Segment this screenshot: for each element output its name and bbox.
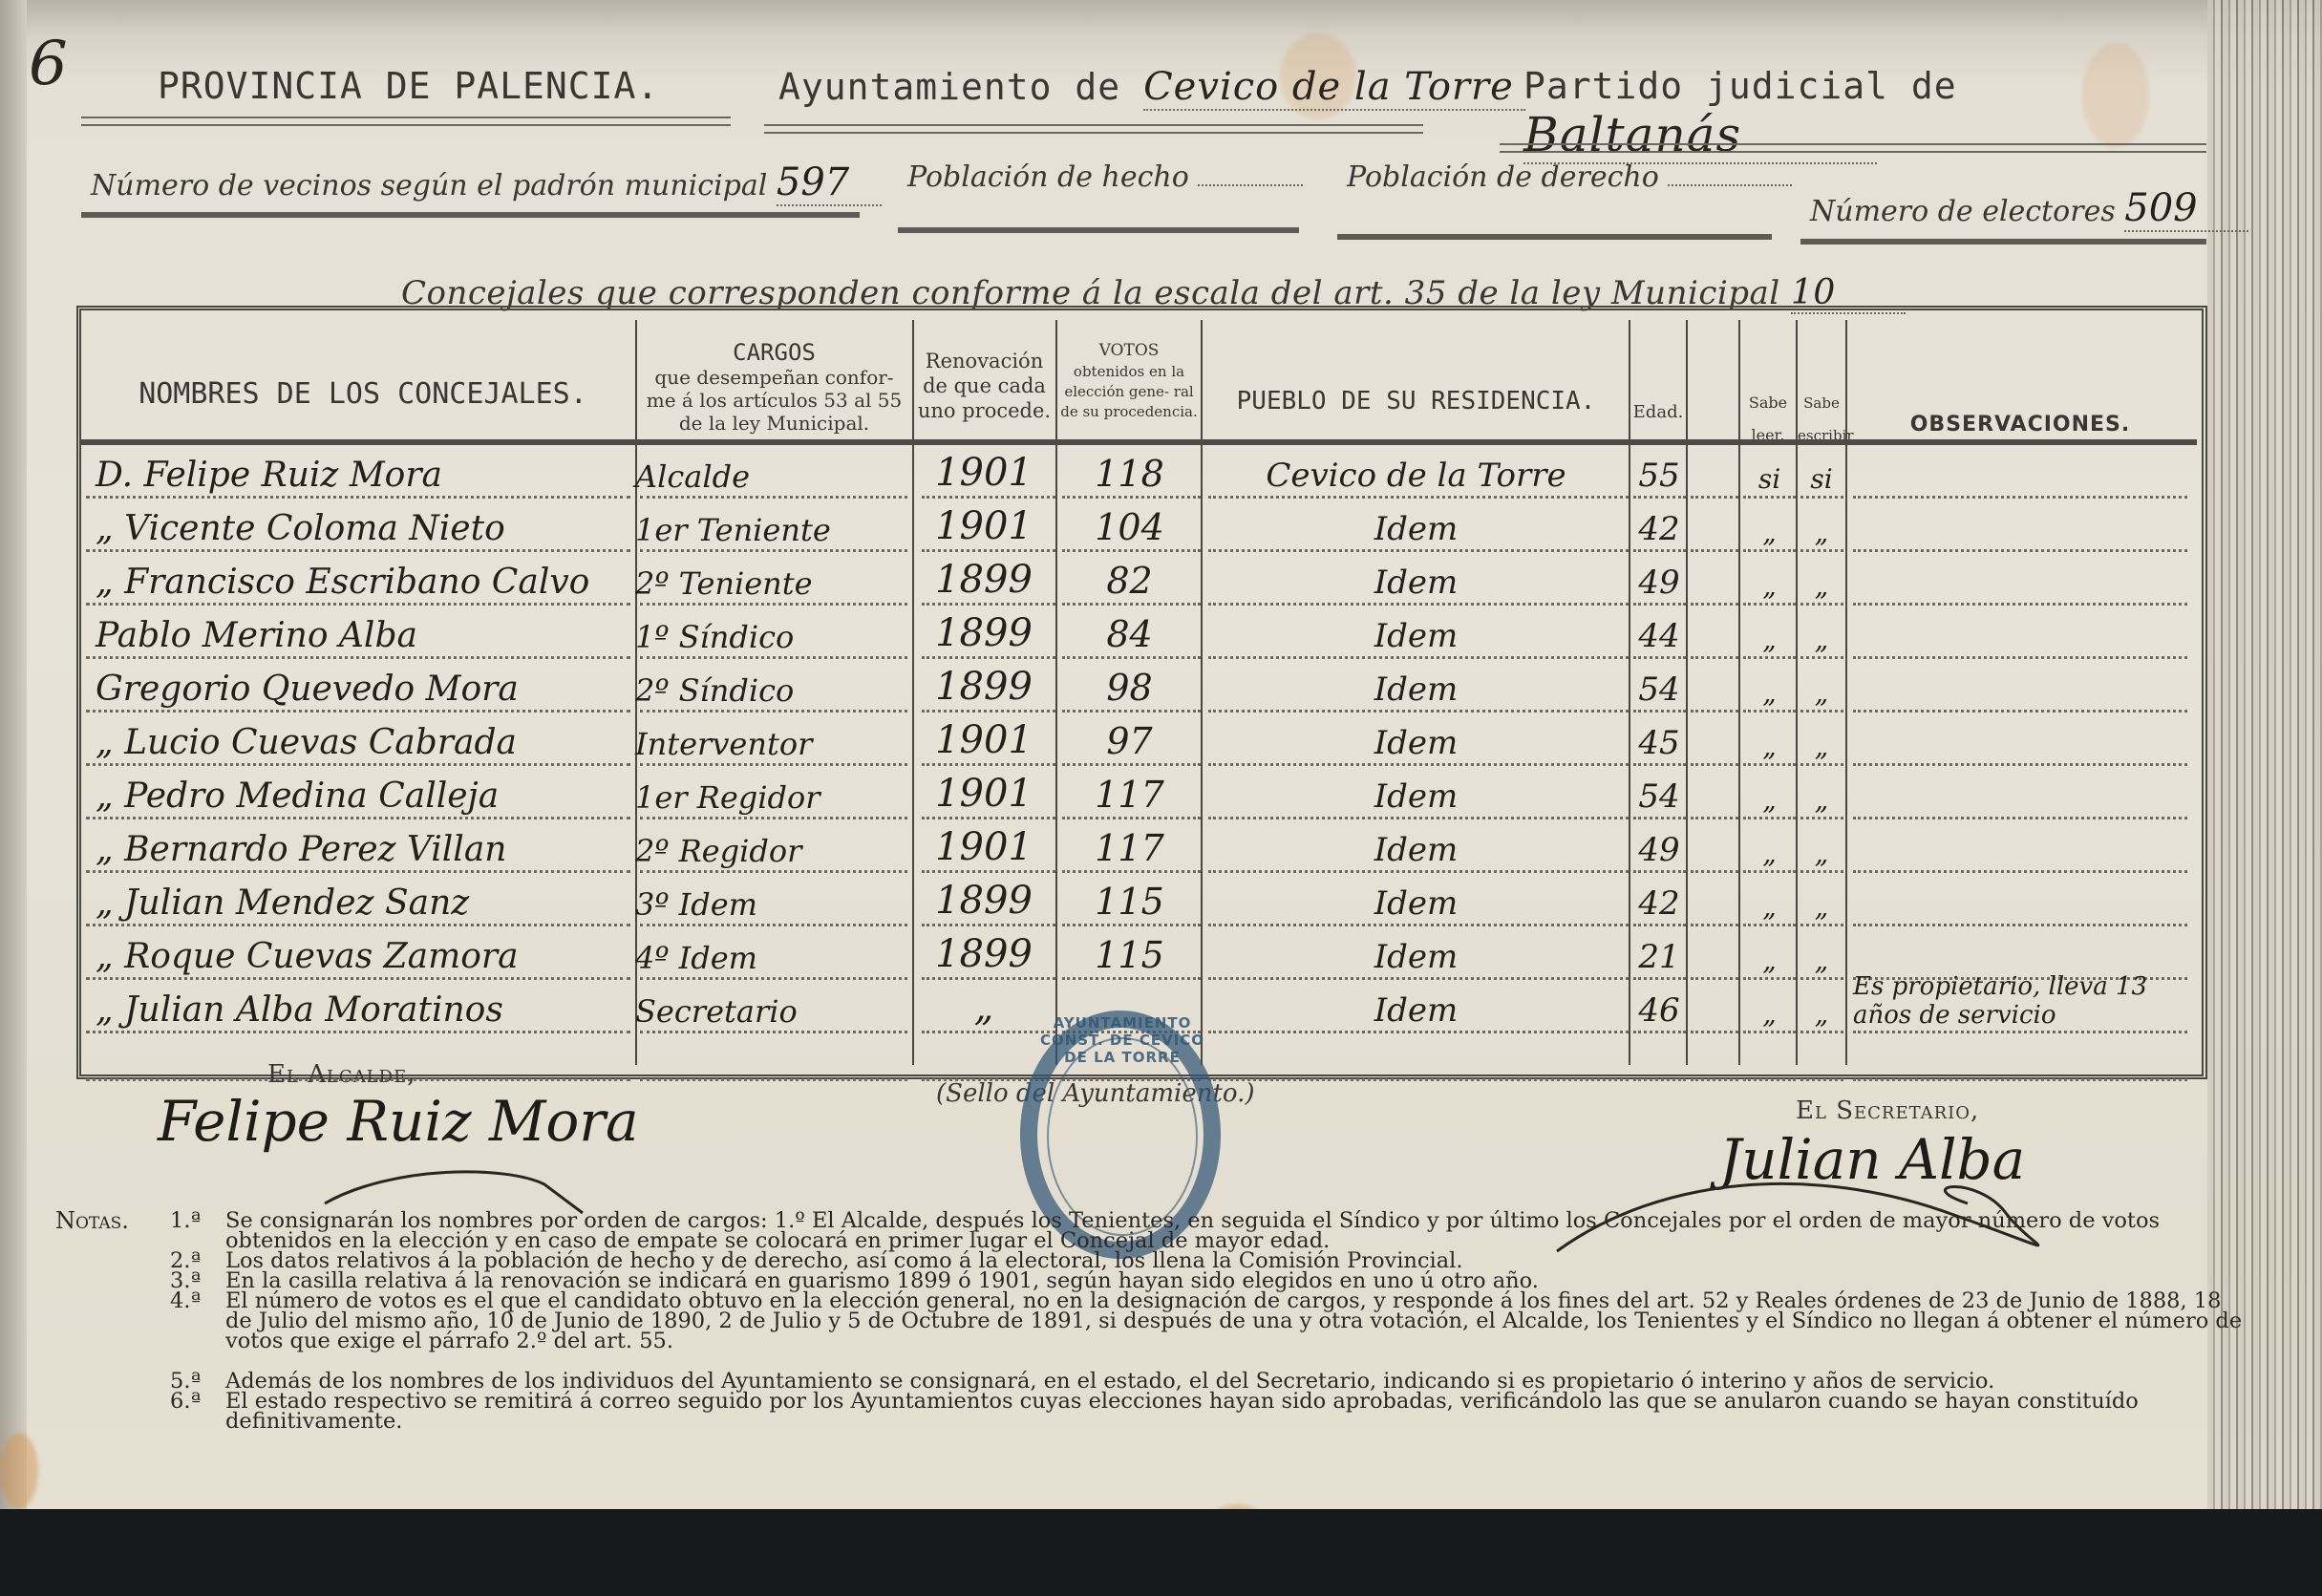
renovacion-value: 1899 [917,665,1051,709]
header-pueblo: PUEBLO DE SU RESIDENCIA. [1204,387,1629,415]
dotted-rule [922,924,1055,926]
pueblo-value: Idem [1204,884,1629,923]
dotted-rule [640,763,907,766]
vecinos-value: 597 [777,160,882,206]
page-number: 6 [29,29,68,99]
electores-label: Número de electores [1810,195,2116,228]
pueblo-value: Idem [1204,991,1629,1030]
ayuntamiento-value: Cevico de la Torre [1143,65,1525,111]
dotted-rule [1062,977,1201,980]
votos-value: 115 [1060,881,1199,923]
sabe-leer-value: „ [1743,624,1796,655]
sabe-escribir-value: „ [1798,517,1845,548]
dotted-rule [1800,549,1843,552]
dotted-rule [1691,763,1738,766]
dotted-rule [1853,656,2187,659]
note-text: El número de votos es el que el candidat… [225,1291,2250,1351]
councillor-name: „ Julian Alba Moratinos [96,990,503,1030]
dotted-rule [1208,496,1629,499]
dotted-rule [922,763,1055,766]
votos-value: 115 [1060,934,1199,976]
renovacion-value: 1901 [917,825,1051,869]
poblacion-hecho-field: Población de hecho [907,160,1303,194]
pueblo-value: Idem [1204,617,1629,655]
sabe-escribir-value: „ [1798,891,1845,923]
header-edad: Edad. [1630,401,1686,424]
sabe-escribir-value: „ [1798,731,1845,762]
dotted-rule [1853,549,2187,552]
table-row: „ Vicente Coloma Nieto1er Teniente190110… [86,502,2192,556]
dotted-rule [922,710,1055,713]
poblacion-derecho-value [1668,184,1792,186]
cargo-value: 3º Idem [635,886,893,923]
dotted-rule [1743,656,1796,659]
dotted-rule [1633,656,1686,659]
province-title: PROVINCIA DE PALENCIA. [158,65,659,107]
pueblo-value: Idem [1204,724,1629,762]
dotted-rule [640,710,907,713]
divider [81,117,731,126]
votos-value: 82 [1060,560,1199,602]
councillor-name: „ Vicente Coloma Nieto [96,509,505,548]
renovacion-value: 1899 [917,879,1051,923]
dotted-rule [1743,763,1796,766]
dotted-rule [1633,924,1686,926]
dotted-rule [922,496,1055,499]
councillor-name: „ Lucio Cuevas Cabrada [96,723,517,762]
dotted-rule [1062,496,1201,499]
cargo-value: Alcalde [635,458,893,495]
dotted-rule [922,656,1055,659]
dotted-rule [1743,870,1796,873]
renovacion-value: „ [917,986,1051,1030]
pueblo-value: Cevico de la Torre [1204,457,1629,495]
councillor-name: Pablo Merino Alba [96,616,417,655]
sabe-leer-value: „ [1743,945,1796,976]
note-text: Se consignarán los nombres por orden de … [225,1211,2250,1251]
pueblo-value: Idem [1204,510,1629,548]
alcalde-signature: Felipe Ruiz Mora [158,1089,639,1154]
dotted-rule [1743,817,1796,819]
dotted-rule [922,870,1055,873]
councillor-name: D. Felipe Ruiz Mora [96,456,442,495]
edad-value: 49 [1631,564,1687,602]
councillor-name: „ Bernardo Perez Villan [96,830,506,869]
edad-value: 44 [1631,617,1687,655]
renovacion-value: 1899 [917,611,1051,655]
sabe-escribir-value: „ [1798,677,1845,709]
edad-value: 55 [1631,457,1687,495]
sabe-escribir-value: „ [1798,945,1845,976]
dotted-rule [1633,763,1686,766]
header-cargos-title: CARGOS [638,339,910,366]
votos-value: 84 [1060,613,1199,655]
dotted-rule [1062,549,1201,552]
header-cargos: CARGOS que desempeñan confor- me á los a… [638,339,910,435]
sabe-escribir-value: „ [1798,998,1845,1030]
electores-value: 509 [2124,186,2248,232]
votos-value: 117 [1060,774,1199,816]
dotted-rule [1743,603,1796,606]
cargo-value: 2º Síndico [635,672,893,709]
edad-value: 42 [1631,510,1687,548]
dotted-rule [1691,656,1738,659]
cargo-value: 2º Teniente [635,565,893,602]
dotted-rule [1633,710,1686,713]
dotted-rule [1208,603,1629,606]
sabe-leer-value: „ [1743,731,1796,762]
dotted-rule [1633,1078,1686,1081]
book-spine [0,0,27,1509]
edad-value: 42 [1631,884,1687,923]
header-cargos-sub: que desempeñan confor- me á los artículo… [638,366,910,435]
dotted-rule [922,603,1055,606]
dotted-rule [86,763,630,766]
header-votos: VOTOS obtenidos en la elección gene- ral… [1058,339,1200,422]
cargo-value: 1º Síndico [635,619,893,655]
councillor-name: Gregorio Quevedo Mora [96,670,519,709]
vecinos-label: Número de vecinos según el padrón munici… [91,169,767,202]
sabe-leer-value: „ [1743,838,1796,869]
dotted-rule [1853,710,2187,713]
dotted-rule [640,496,907,499]
poblacion-hecho-value [1198,184,1303,186]
sabe-leer-value: „ [1743,891,1796,923]
partido-label: Partido judicial de [1523,65,1957,107]
dotted-rule [640,924,907,926]
edad-value: 21 [1631,938,1687,976]
cargo-value: 4º Idem [635,940,893,976]
dotted-rule [1691,977,1738,980]
dotted-rule [1691,870,1738,873]
dotted-rule [1691,549,1738,552]
votos-value: 117 [1060,827,1199,869]
dotted-rule [640,977,907,980]
background [0,1509,2322,1596]
dotted-rule [1691,817,1738,819]
dotted-rule [1800,763,1843,766]
header-nombres: NOMBRES DE LOS CONCEJALES. [96,377,630,411]
note-number: 1.ª [170,1211,201,1231]
dotted-rule [1853,603,2187,606]
seal-text: AYUNTAMIENTO CONST. DE CEVICO DE LA TORR… [1032,1014,1213,1066]
councillor-name: „ Pedro Medina Calleja [96,777,499,816]
ayuntamiento-label: Ayuntamiento de [778,66,1120,108]
votos-value: 98 [1060,667,1199,709]
sabe-leer-value: „ [1743,517,1796,548]
partido-value: Baltanás [1523,107,1877,164]
dotted-rule [1208,656,1629,659]
poblacion-derecho-label: Población de derecho [1347,160,1659,194]
dotted-rule [1691,496,1738,499]
header-votos-title: VOTOS [1058,339,1200,362]
pueblo-value: Idem [1204,564,1629,602]
secretario-label: El Secretario, [1796,1096,1979,1125]
divider [1337,234,1772,240]
dotted-rule [1208,977,1629,980]
dotted-rule [922,817,1055,819]
dotted-rule [86,549,630,552]
dotted-rule [640,1078,907,1081]
divider [764,124,1423,134]
poblacion-hecho-label: Población de hecho [907,160,1189,194]
dotted-rule [1743,1078,1796,1081]
sabe-leer-value: „ [1743,677,1796,709]
dotted-rule [1062,603,1201,606]
sabe-escribir-value: „ [1798,570,1845,602]
dotted-rule [1062,763,1201,766]
dotted-rule [1743,549,1796,552]
renovacion-value: 1901 [917,718,1051,762]
document-page: 6 PROVINCIA DE PALENCIA. Ayuntamiento de… [0,0,2322,1509]
sabe-leer-value: „ [1743,784,1796,816]
dotted-rule [640,817,907,819]
sabe-escribir-value: „ [1798,624,1845,655]
dotted-rule [1208,870,1629,873]
dotted-rule [1743,496,1796,499]
table-row: Gregorio Quevedo Mora2º Síndico189998Ide… [86,663,2192,716]
dotted-rule [1800,1078,1843,1081]
cargo-value: 1er Regidor [635,779,893,816]
table-row: „ Bernardo Perez Villan2º Regidor1901117… [86,823,2192,877]
dotted-rule [1208,1078,1629,1081]
pueblo-value: Idem [1204,938,1629,976]
dotted-rule [1743,977,1796,980]
pueblo-value: Idem [1204,670,1629,709]
sabe-escribir-value: „ [1798,838,1845,869]
votos-value: 97 [1060,720,1199,762]
dotted-rule [1208,763,1629,766]
ayuntamiento-field: Ayuntamiento de Cevico de la Torre [778,65,1525,111]
dotted-rule [1691,710,1738,713]
sabe-leer-value: „ [1743,998,1796,1030]
dotted-rule [1853,763,2187,766]
sabe-escribir-value: „ [1798,784,1845,816]
dotted-rule [1800,656,1843,659]
dotted-rule [1633,496,1686,499]
renovacion-value: 1901 [917,772,1051,816]
dotted-rule [1062,817,1201,819]
dotted-rule [86,817,630,819]
councillor-name: „ Roque Cuevas Zamora [96,937,519,976]
sabe-leer-value: si [1743,463,1796,495]
dotted-rule [1800,977,1843,980]
poblacion-derecho-field: Población de derecho [1347,160,1792,194]
councillor-name: „ Julian Mendez Sanz [96,883,469,923]
note-number: 6.ª [170,1392,201,1412]
renovacion-value: 1901 [917,504,1051,548]
dotted-rule [1691,924,1738,926]
dotted-rule [1800,710,1843,713]
table-row: Pablo Merino Alba1º Síndico189984Idem44„… [86,609,2192,663]
edad-value: 49 [1631,831,1687,869]
renovacion-value: 1899 [917,932,1051,976]
pueblo-value: Idem [1204,777,1629,816]
dotted-rule [86,710,630,713]
table-row: „ Lucio Cuevas CabradaInterventor190197I… [86,716,2192,770]
table-row: D. Felipe Ruiz MoraAlcalde1901118Cevico … [86,449,2192,502]
edad-value: 46 [1631,991,1687,1030]
dotted-rule [1208,924,1629,926]
councillor-name: „ Francisco Escribano Calvo [96,563,589,602]
votos-value: 104 [1060,506,1199,548]
dotted-rule [1633,603,1686,606]
divider [1500,143,2206,153]
dotted-rule [1691,1078,1738,1081]
dotted-rule [1800,870,1843,873]
dotted-rule [1633,870,1686,873]
note-number: 4.ª [170,1291,201,1311]
edad-value: 54 [1631,777,1687,816]
edad-value: 45 [1631,724,1687,762]
dotted-rule [922,549,1055,552]
header-votos-sub: obtenidos en la elección gene- ral de su… [1058,362,1200,422]
seal-inner-ring [1047,1037,1198,1236]
dotted-rule [640,603,907,606]
dotted-rule [640,549,907,552]
dotted-rule [86,496,630,499]
header-renovacion: Renovación de que cada uno procede. [915,349,1054,423]
table-row: „ Pedro Medina Calleja1er Regidor1901117… [86,770,2192,823]
dotted-rule [1062,710,1201,713]
dotted-rule [86,603,630,606]
dotted-rule [1800,496,1843,499]
dotted-rule [1208,710,1629,713]
dotted-rule [1800,603,1843,606]
cargo-value: Secretario [635,993,893,1030]
dotted-rule [1853,1078,2187,1081]
table-row: „ Julian Mendez Sanz3º Idem1899115Idem42… [86,877,2192,930]
dotted-rule [86,870,630,873]
observaciones-value: Es propietario, lleva 13 años de servici… [1853,972,2187,1030]
dotted-rule [86,977,630,980]
dotted-rule [1633,549,1686,552]
dotted-rule [1062,870,1201,873]
cargo-value: 1er Teniente [635,512,893,548]
dotted-rule [1691,603,1738,606]
dotted-rule [1208,817,1629,819]
dotted-rule [1800,817,1843,819]
dotted-rule [86,924,630,926]
dotted-rule [1062,924,1201,926]
header-observaciones: OBSERVACIONES. [1848,413,2192,436]
dotted-rule [640,656,907,659]
divider [898,227,1299,233]
dotted-rule [1743,924,1796,926]
renovacion-value: 1901 [917,451,1051,495]
dotted-rule [1633,817,1686,819]
divider [1800,239,2206,245]
electores-field: Número de electores 509 [1810,186,2248,232]
dotted-rule [1853,870,2187,873]
dotted-rule [922,977,1055,980]
dotted-rule [640,870,907,873]
sabe-escribir-value: si [1798,463,1845,495]
cargo-value: 2º Regidor [635,833,893,869]
dotted-rule [1208,549,1629,552]
header-rule [81,439,2197,445]
notes-heading: Notas. [55,1211,129,1231]
dotted-rule [1633,977,1686,980]
note-text: El estado respectivo se remitirá á corre… [225,1392,2250,1432]
edad-value: 54 [1631,670,1687,709]
dotted-rule [1743,710,1796,713]
divider [81,212,860,218]
dotted-rule [86,656,630,659]
stain [0,1433,38,1509]
dotted-rule [1853,924,2187,926]
renovacion-value: 1899 [917,558,1051,602]
dotted-rule [1853,817,2187,819]
table-row: „ Francisco Escribano Calvo2º Teniente18… [86,556,2192,609]
cargo-value: Interventor [635,726,893,762]
votos-value: 118 [1060,453,1199,495]
vecinos-field: Número de vecinos según el padrón munici… [91,160,882,206]
dotted-rule [1853,496,2187,499]
pueblo-value: Idem [1204,831,1629,869]
dotted-rule [1062,656,1201,659]
alcalde-label: El Alcalde, [267,1060,416,1089]
dotted-rule [1800,924,1843,926]
sabe-leer-value: „ [1743,570,1796,602]
